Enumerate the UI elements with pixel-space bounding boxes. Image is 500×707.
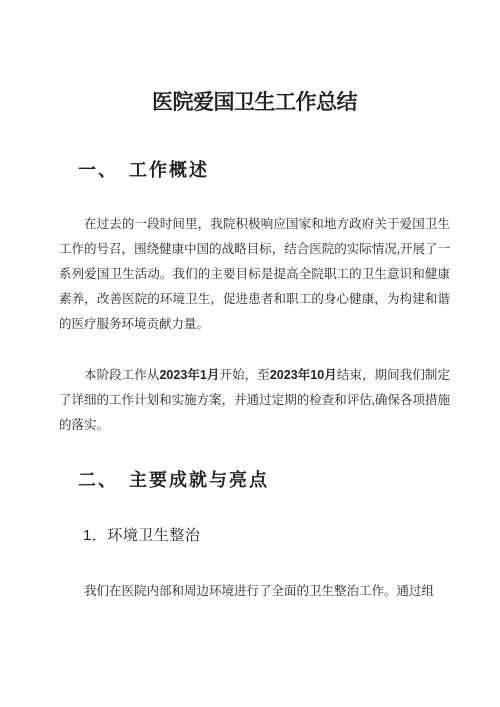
- timeline-text-2: 开始，至: [220, 368, 270, 382]
- section-heading-work-overview: 一、 工作概述: [59, 158, 450, 182]
- paragraph-timeline: 本阶段工作从2023年1月开始，至2023年10月结束，期间我们制定了详细的工作…: [59, 363, 450, 438]
- subheading-environment-cleanup: 1．环境卫生整治: [59, 526, 450, 546]
- document-title: 医院爱国卫生工作总结: [59, 89, 450, 116]
- document-page: 医院爱国卫生工作总结 一、 工作概述 在过去的一段时间里，我院积极响应国家和地方…: [0, 0, 500, 707]
- paragraph-work-overview: 在过去的一段时间里，我院积极响应国家和地方政府关于爱国卫生工作的号召，围绕健康中…: [59, 212, 450, 337]
- start-date: 2023年1月: [159, 368, 219, 382]
- section-heading-achievements: 二、 主要成就与亮点: [59, 468, 450, 492]
- end-date: 2023年10月: [270, 368, 337, 382]
- paragraph-environment-cleanup: 我们在医院内部和周边环境进行了全面的卫生整治工作。通过组: [59, 579, 450, 604]
- timeline-text-1: 本阶段工作从: [84, 368, 159, 382]
